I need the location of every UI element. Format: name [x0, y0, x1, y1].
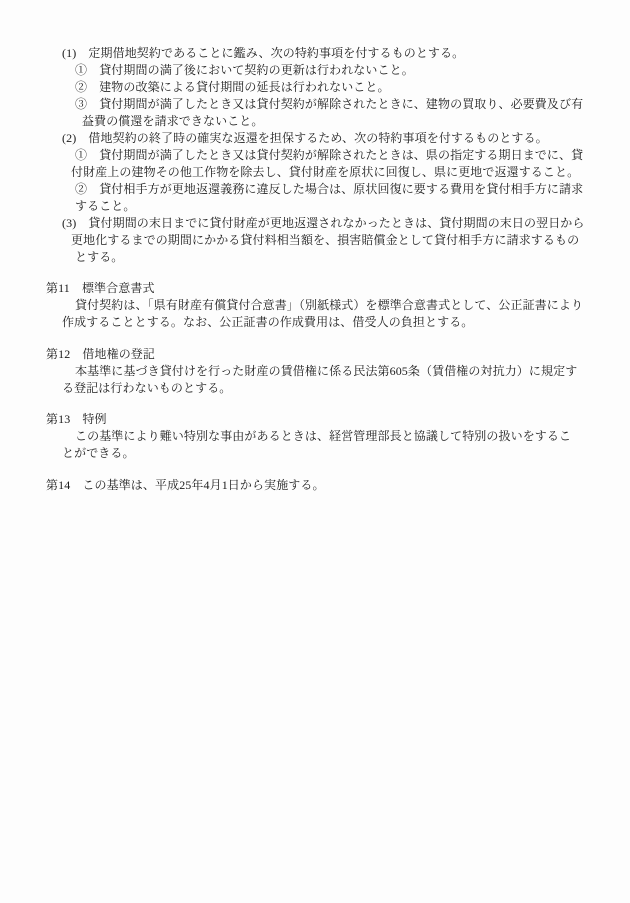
doc-line: ① 貸付期間の満了後において契約の更新は行われないこと。 — [0, 62, 630, 79]
special-provision-item-2: (2) 借地契約の終了時の確実な返還を担保するため、次の特約事項を付するものとす… — [0, 130, 630, 215]
article-line: 第14 この基準は、平成25年4月1日から実施する。 — [0, 477, 630, 494]
doc-line: 作成することとする。なお、公正証書の作成費用は、借受人の負担とする。 — [0, 314, 630, 331]
doc-line: 益費の償還を請求できないこと。 — [0, 113, 630, 130]
article-heading: 第11 標準合意書式 — [0, 280, 630, 297]
doc-line: とができる。 — [0, 445, 630, 462]
article-13-special-cases: 第13 特例 この基準により難い特別な事由があるときは、経営管理部長と協議して特… — [0, 411, 630, 462]
doc-line: ② 貸付相手方が更地返還義務に違反した場合は、原状回復に要する費用を貸付相手方に… — [0, 181, 630, 198]
doc-line: ③ 貸付期間が満了したとき又は貸付契約が解除されたときに、建物の買取り、必要費及… — [0, 96, 630, 113]
doc-line: 本基準に基づき貸付けを行った財産の賃借権に係る民法第605条（賃借権の対抗力）に… — [0, 363, 630, 380]
doc-line: 更地化するまでの期間にかかる貸付料相当額を、損害賠償金として貸付相手方に請求する… — [0, 232, 630, 249]
doc-line: (1) 定期借地契約であることに鑑み、次の特約事項を付するものとする。 — [0, 45, 630, 62]
doc-line: る登記は行わないものとする。 — [0, 380, 630, 397]
special-provision-item-3: (3) 貸付期間の末日までに貸付財産が更地返還されなかったときは、貸付期間の末日… — [0, 215, 630, 266]
doc-line: すること。 — [0, 198, 630, 215]
article-heading: 第13 特例 — [0, 411, 630, 428]
doc-line: (3) 貸付期間の末日までに貸付財産が更地返還されなかったときは、貸付期間の末日… — [0, 215, 630, 232]
article-heading: 第12 借地権の登記 — [0, 346, 630, 363]
special-provision-item-1: (1) 定期借地契約であることに鑑み、次の特約事項を付するものとする。 ① 貸付… — [0, 45, 630, 130]
doc-line: とする。 — [0, 249, 630, 266]
document-page: (1) 定期借地契約であることに鑑み、次の特約事項を付するものとする。 ① 貸付… — [0, 0, 630, 903]
article-14-effective-date: 第14 この基準は、平成25年4月1日から実施する。 — [0, 477, 630, 494]
article-11-standard-agreement-form: 第11 標準合意書式 貸付契約は、「県有財産有償貸付合意書」（別紙様式）を標準合… — [0, 280, 630, 331]
doc-line: 付財産上の建物その他工作物を除去し、貸付財産を原状に回復し、県に更地で返還するこ… — [0, 164, 630, 181]
doc-line: 貸付契約は、「県有財産有償貸付合意書」（別紙様式）を標準合意書式として、公正証書… — [0, 297, 630, 314]
doc-line: ② 建物の改築による貸付期間の延長は行われないこと。 — [0, 79, 630, 96]
doc-line: ① 貸付期間が満了したとき又は貸付契約が解除されたときは、県の指定する期日までに… — [0, 147, 630, 164]
doc-line: この基準により難い特別な事由があるときは、経営管理部長と協議して特別の扱いをする… — [0, 428, 630, 445]
doc-line: (2) 借地契約の終了時の確実な返還を担保するため、次の特約事項を付するものとす… — [0, 130, 630, 147]
article-12-leasehold-registration: 第12 借地権の登記 本基準に基づき貸付けを行った財産の賃借権に係る民法第605… — [0, 346, 630, 397]
